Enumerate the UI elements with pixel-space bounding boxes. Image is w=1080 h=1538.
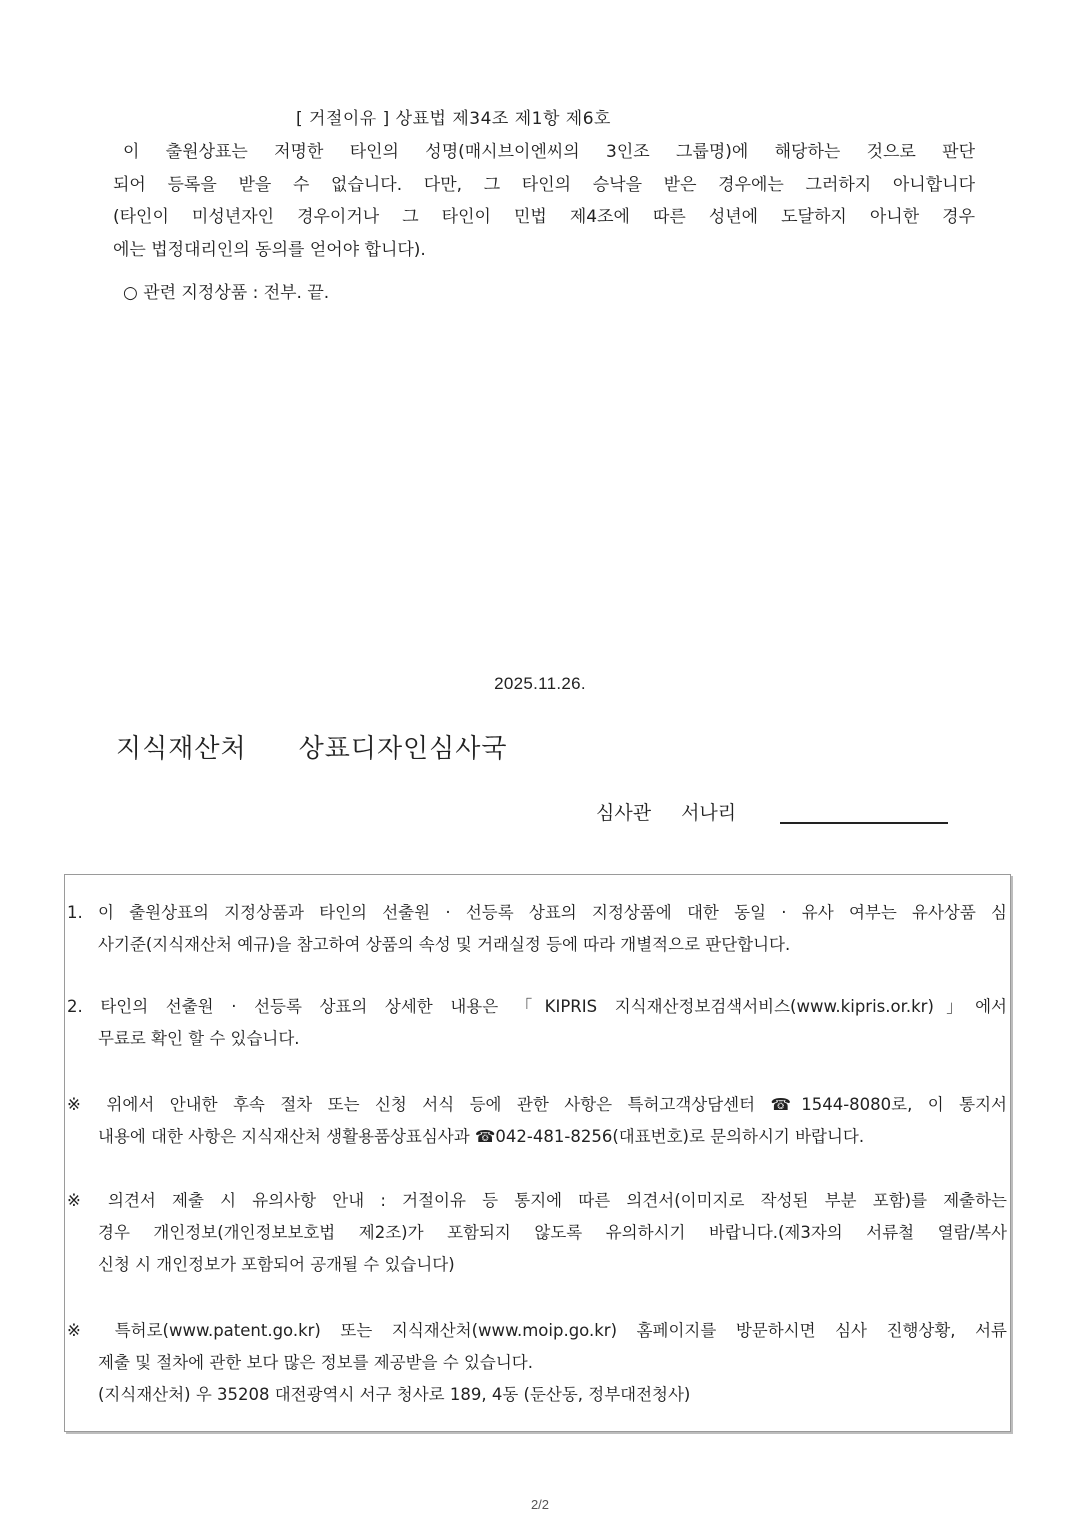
notice-line: ※ 특허로(www.patent.go.kr) 또는 지식재산처(www.moi… (67, 1315, 1007, 1347)
notice-item-2: 2. 타인의 선출원 · 선등록 상표의 상세한 내용은 「KIPRIS 지식재… (67, 991, 1007, 1055)
rejection-reason-body: 이 출원상표는 저명한 타인의 성명(매시브이엔씨의 3인조 그룹명)에 해당하… (113, 136, 975, 266)
notice-line: ※ 위에서 안내한 후속 절차 또는 신청 서식 등에 관한 사항은 특허고객상… (67, 1089, 1007, 1121)
related-goods: ○ 관련 지정상품 : 전부. 끝. (123, 278, 329, 303)
agency-signature: 지식재산처상표디자인심사국 (116, 728, 508, 765)
notice-item-3: ※ 위에서 안내한 후속 절차 또는 신청 서식 등에 관한 사항은 특허고객상… (67, 1089, 1007, 1153)
examiner-label: 심사관 (596, 802, 651, 824)
notice-line: (지식재산처) 우 35208 대전광역시 서구 청사로 189, 4동 (둔산… (67, 1379, 1007, 1411)
notice-item-4: ※ 의견서 제출 시 유의사항 안내 : 거절이유 등 통지에 따른 의견서(이… (67, 1185, 1007, 1281)
reason-line: (타인이 미성년자인 경우이거나 그 타인이 민법 제4조에 따른 성년에 도달… (113, 201, 975, 234)
notice-line: 무료로 확인 할 수 있습니다. (67, 1023, 1007, 1055)
notice-item-1: 1. 이 출원상표의 지정상품과 타인의 선출원 · 선등록 상표의 지정상품에… (67, 897, 1007, 961)
notice-line: ※ 의견서 제출 시 유의사항 안내 : 거절이유 등 통지에 따른 의견서(이… (67, 1185, 1007, 1217)
notice-line: 사기준(지식재산처 예규)을 참고하여 상품의 속성 및 거래실정 등에 따라 … (67, 929, 1007, 961)
issue-date: 2025.11.26. (0, 674, 1080, 694)
notice-line: 경우 개인정보(개인정보보호법 제2조)가 포함되지 않도록 유의하시기 바랍니… (67, 1217, 1007, 1249)
reason-line: 되어 등록을 받을 수 없습니다. 다만, 그 타인의 승낙을 받은 경우에는 … (113, 169, 975, 202)
rejection-reason-title: [ 거절이유 ] 상표법 제34조 제1항 제6호 (296, 104, 611, 129)
signature-line (780, 822, 948, 824)
notice-line: 2. 타인의 선출원 · 선등록 상표의 상세한 내용은 「KIPRIS 지식재… (67, 991, 1007, 1023)
notice-line: 내용에 대한 사항은 지식재산처 생활용품상표심사과 ☎042-481-8256… (67, 1121, 1007, 1153)
notice-line: 제출 및 절차에 관한 보다 많은 정보를 제공받을 수 있습니다. (67, 1347, 1007, 1379)
agency-office: 지식재산처 (116, 734, 247, 764)
notice-box: 1. 이 출원상표의 지정상품과 타인의 선출원 · 선등록 상표의 지정상품에… (64, 874, 1011, 1432)
reason-line: 이 출원상표는 저명한 타인의 성명(매시브이엔씨의 3인조 그룹명)에 해당하… (113, 136, 975, 169)
reason-line: 에는 법정대리인의 동의를 얻어야 합니다). (113, 234, 975, 267)
examiner-name: 서나리 (681, 802, 736, 824)
notice-line: 신청 시 개인정보가 포함되어 공개될 수 있습니다) (67, 1249, 1007, 1281)
page-number: 2/2 (0, 1497, 1080, 1512)
agency-bureau: 상표디자인심사국 (299, 734, 508, 764)
notice-line: 1. 이 출원상표의 지정상품과 타인의 선출원 · 선등록 상표의 지정상품에… (67, 897, 1007, 929)
notice-item-5: ※ 특허로(www.patent.go.kr) 또는 지식재산처(www.moi… (67, 1315, 1007, 1411)
examiner-signature: 심사관서나리 (596, 798, 736, 825)
